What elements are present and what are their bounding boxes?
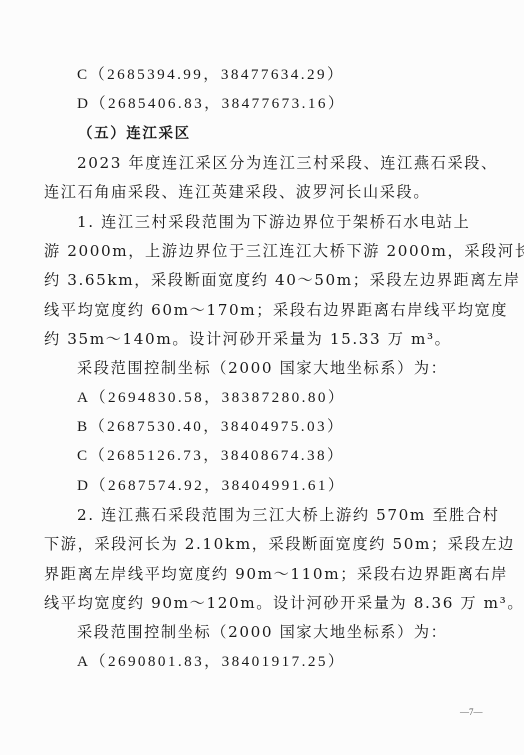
item2-line-1: 2. 连江燕石采段范围为三江大桥上游约 570m 至胜合村 [77,505,500,525]
item1-coord-c: C（2685126.73，38408674.38） [77,446,345,466]
item1-line-5: 约 35m～140m。设计河砂开采量为 15.33 万 m³。 [44,329,451,349]
coord-c-prev: C（2685394.99，38477634.29） [77,65,345,85]
item2-line-2: 下游，采段河长为 2.10km，采段断面宽度约 50m；采段左边 [44,534,515,554]
item2-coord-a: A（2690801.83，38401917.25） [77,652,345,672]
section-heading: （五）连江采区 [78,124,191,144]
item1-line-1: 1. 连江三村采段范围为下游边界位于架桥石水电站上 [77,212,470,232]
intro-line-1: 2023 年度连江采区分为连江三村采段、连江燕石采段、 [77,153,498,173]
item2-line-3: 界距离左岸线平均宽度约 90m～110m；采段右边界距离右岸 [44,564,508,584]
item1-coord-a: A（2694830.58，38387280.80） [77,388,345,408]
coord-d-prev: D（2685406.83，38477673.16） [77,94,345,114]
item1-line-4: 线平均宽度约 60m～170m；采段右边界距离右岸线平均宽度 [44,300,508,320]
page-number: —7— [460,707,483,717]
item1-coord-title: 采段范围控制坐标（2000 国家大地坐标系）为： [77,358,447,378]
intro-line-2: 连江石角庙采段、连江英建采段、波罗河长山采段。 [44,182,430,202]
item1-coord-b: B（2687530.40，38404975.03） [77,417,345,437]
item2-line-4: 线平均宽度约 90m～120m。设计河砂开采量为 8.36 万 m³。 [44,593,524,613]
item1-line-2: 游 2000m，上游边界位于三江连江大桥下游 2000m，采段河长 [44,241,524,261]
item1-coord-d: D（2687574.92，38404991.61） [77,476,345,496]
item2-coord-title: 采段范围控制坐标（2000 国家大地坐标系）为： [77,622,447,642]
item1-line-3: 约 3.65km，采段断面宽度约 40～50m；采段左边界距离左岸 [44,270,521,290]
